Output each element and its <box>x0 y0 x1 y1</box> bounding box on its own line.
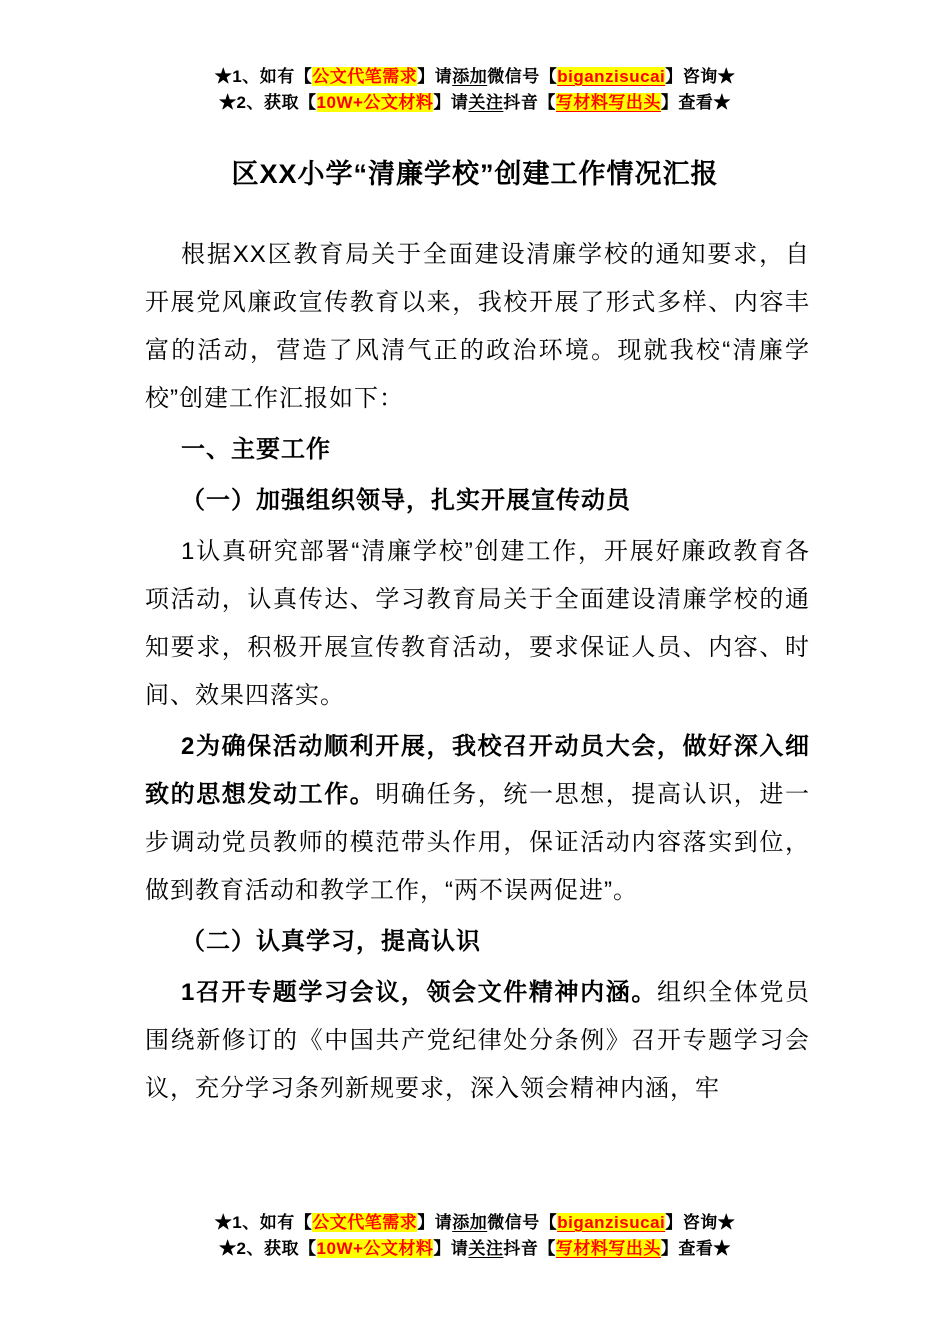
bold-text-run: 一、主要工作 <box>181 436 331 463</box>
bold-text-run: （一）加强组织领导，扎实开展宣传动员 <box>181 487 631 514</box>
promo-text: 】请 <box>433 93 468 112</box>
promo-text: 微信号【 <box>487 67 557 86</box>
text-run: 根据XX区教育局关于全面建设清廉学校的通知要求，自开展党风廉政宣传教育以来，我校… <box>145 241 810 412</box>
body-paragraph: 2为确保活动顺利开展，我校召开动员大会，做好深入细致的思想发动工作。明确任务，统… <box>145 723 810 915</box>
promo-underline-text: 关注 <box>468 93 503 112</box>
promo-text: 】咨询★ <box>665 67 735 86</box>
promo-highlight-text: biganzisucai <box>557 67 665 86</box>
promo-line: ★2、获取【10W+公文材料】请关注抖音【写材料写出头】查看★ <box>0 1236 950 1262</box>
promo-highlight-text: 10W+公文材料 <box>317 93 434 112</box>
document-title: 区XX小学“清廉学校”创建工作情况汇报 <box>0 152 950 191</box>
promo-underline-text: 关注 <box>468 1239 503 1258</box>
body-paragraph: 根据XX区教育局关于全面建设清廉学校的通知要求，自开展党风廉政宣传教育以来，我校… <box>145 231 810 423</box>
promo-highlight-text: 公文代笔需求 <box>312 67 417 86</box>
promo-text: 】查看★ <box>661 93 731 112</box>
promo-text: 抖音【 <box>503 1239 556 1258</box>
promo-line: ★1、如有【公文代笔需求】请添加微信号【biganzisucai】咨询★ <box>0 1210 950 1236</box>
body-paragraph: 1认真研究部署“清廉学校”创建工作，开展好廉政教育各项活动，认真传达、学习教育局… <box>145 528 810 720</box>
section-heading1: 一、主要工作 <box>145 426 810 474</box>
promo-text: ★2、获取【 <box>219 1239 316 1258</box>
section-heading2: （二）认真学习，提高认识 <box>145 918 810 966</box>
text-run: 1认真研究部署“清廉学校”创建工作，开展好廉政教育各项活动，认真传达、学习教育局… <box>145 538 810 709</box>
promo-underline-text: 添加 <box>452 1213 487 1232</box>
promo-text: 】请 <box>433 1239 468 1258</box>
promo-footer: ★1、如有【公文代笔需求】请添加微信号【biganzisucai】咨询★★2、获… <box>0 1210 950 1262</box>
promo-text: 】请 <box>417 1213 452 1232</box>
promo-text: 】请 <box>417 67 452 86</box>
promo-line: ★2、获取【10W+公文材料】请关注抖音【写材料写出头】查看★ <box>0 90 950 116</box>
promo-highlight-text: 10W+公文材料 <box>317 1239 434 1258</box>
promo-text: ★1、如有【 <box>215 67 312 86</box>
document-body: 根据XX区教育局关于全面建设清廉学校的通知要求，自开展党风廉政宣传教育以来，我校… <box>0 231 950 1113</box>
section-heading2: （一）加强组织领导，扎实开展宣传动员 <box>145 477 810 525</box>
promo-line: ★1、如有【公文代笔需求】请添加微信号【biganzisucai】咨询★ <box>0 64 950 90</box>
promo-text: 微信号【 <box>487 1213 557 1232</box>
body-paragraph: 1召开专题学习会议，领会文件精神内涵。组织全体党员围绕新修订的《中国共产党纪律处… <box>145 969 810 1113</box>
promo-text: 】咨询★ <box>665 1213 735 1232</box>
promo-text: 】查看★ <box>661 1239 731 1258</box>
bold-text-run: （二）认真学习，提高认识 <box>181 928 481 955</box>
promo-highlight-text: 写材料写出头 <box>556 1239 661 1258</box>
promo-text: ★2、获取【 <box>219 93 316 112</box>
promo-highlight-text: 公文代笔需求 <box>312 1213 417 1232</box>
promo-underline-text: 添加 <box>452 67 487 86</box>
promo-highlight-text: 写材料写出头 <box>556 93 661 112</box>
bold-text-run: 1召开专题学习会议，领会文件精神内涵。 <box>181 979 657 1006</box>
promo-header: ★1、如有【公文代笔需求】请添加微信号【biganzisucai】咨询★★2、获… <box>0 0 950 116</box>
promo-text: 抖音【 <box>503 93 556 112</box>
promo-text: ★1、如有【 <box>215 1213 312 1232</box>
promo-highlight-text: biganzisucai <box>557 1213 665 1232</box>
